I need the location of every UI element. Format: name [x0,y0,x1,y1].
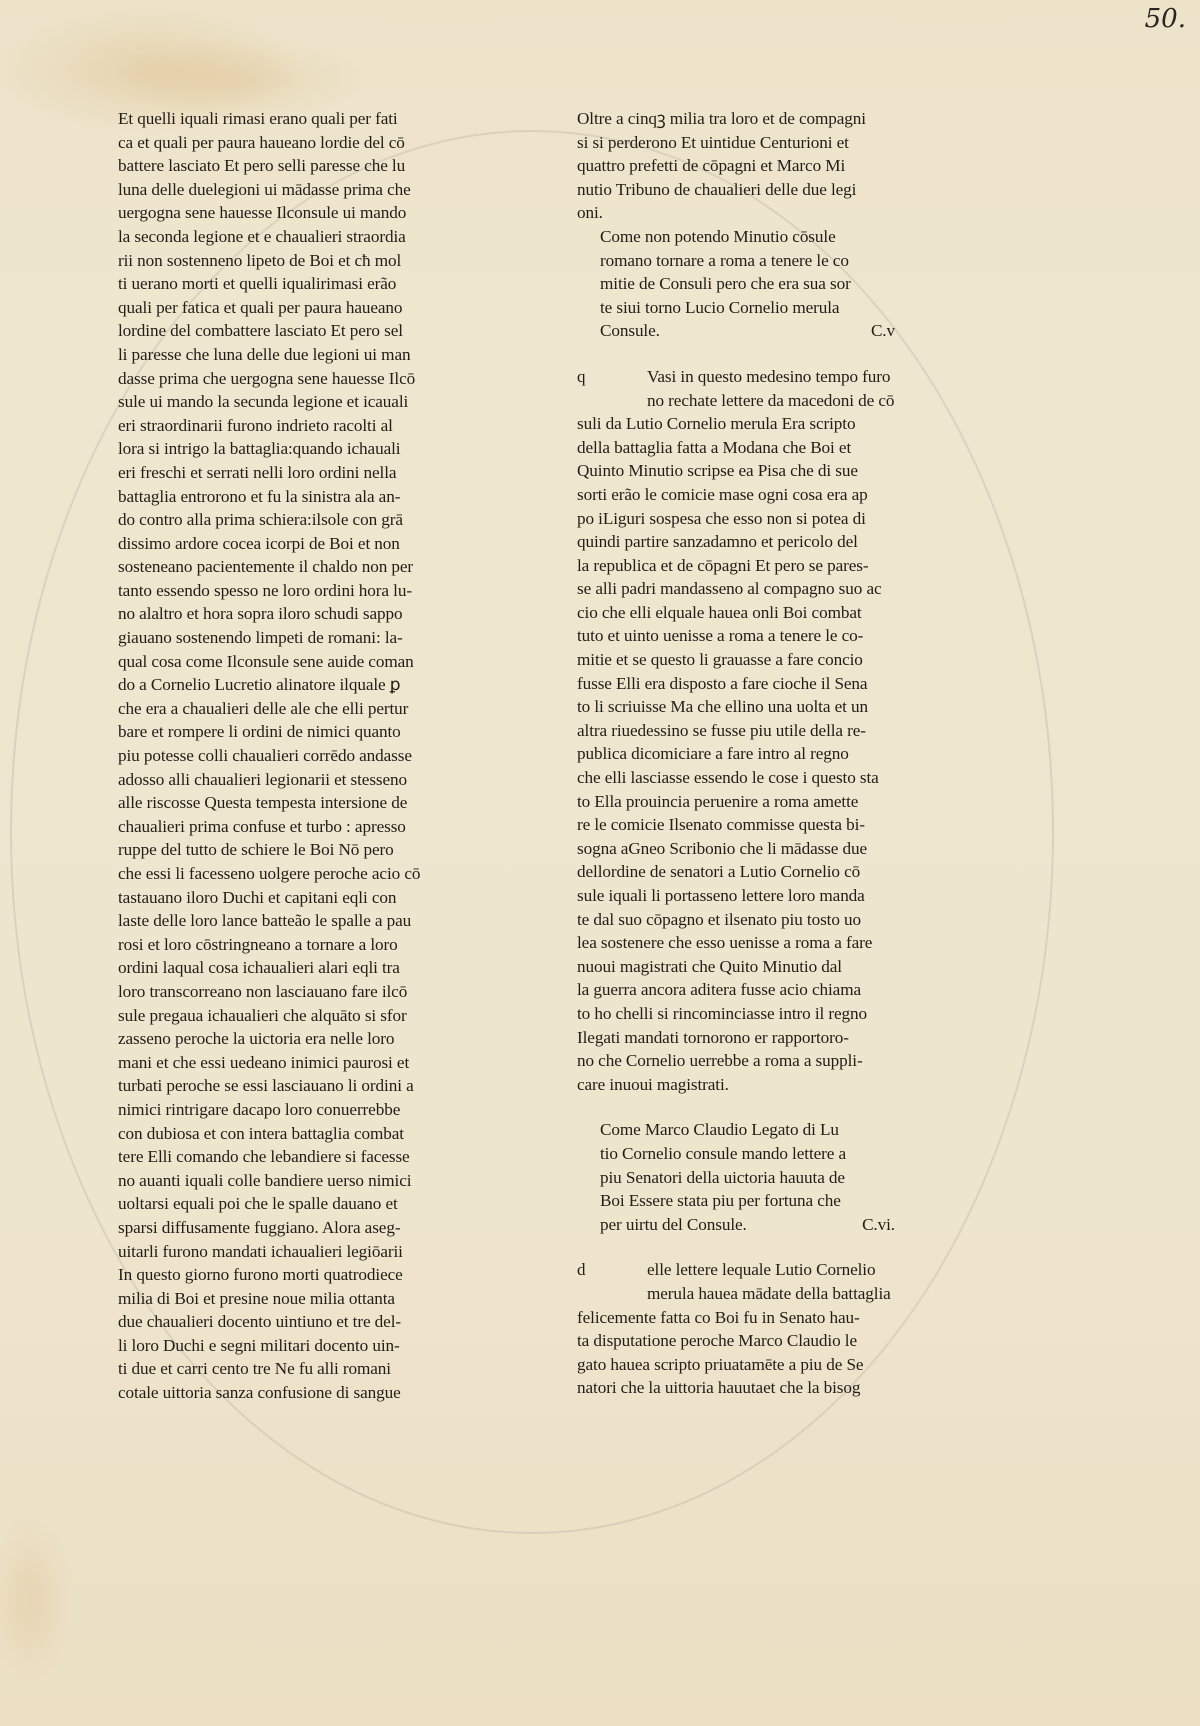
text-line: lordine del combattere lasciato Et pero … [118,319,470,343]
text-line: cio che elli elquale hauea onli Boi comb… [577,601,929,625]
text-line: merula hauea mādate della battaglia [577,1282,929,1306]
text-line: uoltarsi equali poi che le spalle dauano… [118,1192,470,1216]
text-line: to ho chelli si rincominciasse intro il … [577,1002,929,1026]
text-line: Come Marco Claudio Legato di Lu [577,1118,929,1142]
text-line: battere lasciato Et pero selli paresse c… [118,154,470,178]
text-line: dissimo ardore cocea icorpi de Boi et no… [118,532,470,556]
text-line: lora si intrigo la battaglia:quando icha… [118,437,470,461]
spacer [577,1096,929,1118]
text-line: si si perderono Et uintidue Centurioni e… [577,131,929,155]
chapter-6-heading-last-line: per uirtu del Consule. C.vi. [577,1213,929,1237]
text-line: publica dicomiciare a fare intro al regn… [577,742,929,766]
text-line: ordini laqual cosa ichaualieri alari eql… [118,956,470,980]
spacer [577,343,929,365]
chapter-6-heading: Come Marco Claudio Legato di Lutio Corne… [577,1118,929,1236]
text-line: quindi partire sanzadamno et pericolo de… [577,530,929,554]
text-line: nimici rintrigare dacapo loro conuerrebb… [118,1098,470,1122]
chapter-5-body: q Vasi in questo medesino tempo furono r… [577,365,929,1096]
chapter-5-heading: Come non potendo Minutio cōsuleromano to… [577,225,929,343]
text-line: tere Elli comando che lebandiere si face… [118,1145,470,1169]
chapter-5-number: C.v [871,319,895,343]
text-line: oni. [577,201,929,225]
chapter-5-heading-last-line: Consule. C.v [577,319,929,343]
text-line: tastauano iloro Duchi et capitani eqli c… [118,886,470,910]
text-line: li paresse che luna delle due legioni ui… [118,343,470,367]
text-line: uitarli furono mandati ichaualieri legiō… [118,1240,470,1264]
text-line: tio Cornelio consule mando lettere a [577,1142,929,1166]
text-line: piu potesse colli chaualieri corrēdo and… [118,744,470,768]
text-line: adosso alli chaualieri legionarii et ste… [118,768,470,792]
text-line: della battaglia fatta a Modana che Boi e… [577,436,929,460]
folio-number: 50. [1145,4,1186,34]
text-line: mitie et se questo li grauasse a fare co… [577,648,929,672]
text-line: suli da Lutio Cornelio merula Era script… [577,412,929,436]
text-line: ca et quali per paura haueano lordie del… [118,131,470,155]
text-line: fusse Elli era disposto a fare cioche il… [577,672,929,696]
text-line: to li scriuisse Ma che ellino una uolta … [577,695,929,719]
text-line: giauano sostenendo limpeti de romani: la… [118,626,470,650]
text-line: che elli lasciasse essendo le cose i que… [577,766,929,790]
text-line: felicemente fatta co Boi fu in Senato ha… [577,1306,929,1330]
text-line: loro transcorreano non lasciauano fare i… [118,980,470,1004]
text-line: ti uerano morti et quelli iqualirimasi e… [118,272,470,296]
text-line: lea sostenere che esso uenisse a roma a … [577,931,929,955]
text-line: re le comicie Ilsenato commisse questa b… [577,813,929,837]
text-line: no alaltro et hora sopra iloro schudi sa… [118,602,470,626]
text-line: Et quelli iquali rimasi erano quali per … [118,107,470,131]
text-line: Vasi in questo medesino tempo furo [577,365,929,389]
text-line: to Ella prouincia peruenire a roma amett… [577,790,929,814]
text-line: eri freschi et serrati nelli loro ordini… [118,461,470,485]
text-line: la guerra ancora aditera fusse acio chia… [577,978,929,1002]
text-line: care inuoui magistrati. [577,1073,929,1097]
text-line: sule pregaua ichaualieri che alquāto si … [118,1004,470,1028]
text-line: Quinto Minutio scripse ea Pisa che di su… [577,459,929,483]
text-line: laste delle loro lance batteão le spalle… [118,909,470,933]
text-line: che essi li facesseno uolgere peroche ac… [118,862,470,886]
right-text-column: Oltre a cinqꝫ milia tra loro et de compa… [577,107,929,1400]
text-line: quattro prefetti de cōpagni et Marco Mi [577,154,929,178]
text-line: nuoui magistrati che Quito Minutio dal [577,955,929,979]
text-line: Come non potendo Minutio cōsule [577,225,929,249]
text-line: mitie de Consuli pero che era sua sor [577,272,929,296]
text-line: chaualieri prima confuse et turbo : apre… [118,815,470,839]
text-line: quali per fatica et quali per paura haue… [118,296,470,320]
text-line: battaglia entrorono et fu la sinistra al… [118,485,470,509]
text-line: no rechate lettere da macedoni de cō [577,389,929,413]
text-line: sule iquali li portasseno lettere loro m… [577,884,929,908]
left-text-column: Et quelli iquali rimasi erano quali per … [118,107,470,1405]
text-line: la seconda legione et e chaualieri strao… [118,225,470,249]
text-line: sparsi diffusamente fuggiano. Alora aseg… [118,1216,470,1240]
text-line: li loro Duchi e segni militari docento u… [118,1334,470,1358]
chapter-6-number: C.vi. [862,1213,895,1237]
text-line: tuto et uinto uenisse a roma a tenere le… [577,624,929,648]
text-line: sosteneano pacientemente il chaldo non p… [118,555,470,579]
text-line: tanto essendo spesso ne loro ordini hora… [118,579,470,603]
text-line: bare et rompere li ordini de nimici quan… [118,720,470,744]
text-line: luna delle duelegioni ui mādasse prima c… [118,178,470,202]
chapter-6-body: d elle lettere lequale Lutio Corneliomer… [577,1258,929,1400]
text-line: te siui torno Lucio Cornelio merula [577,296,929,320]
text-line: sorti erão le comicie mase ogni cosa era… [577,483,929,507]
text-line: do a Cornelio Lucretio alinatore ilquale… [118,673,470,697]
text-line: mani et che essi uedeano inimici paurosi… [118,1051,470,1075]
text-line: no che Cornelio uerrebbe a roma a suppli… [577,1049,929,1073]
text-line: elle lettere lequale Lutio Cornelio [577,1258,929,1282]
text-line: Oltre a cinqꝫ milia tra loro et de compa… [577,107,929,131]
text-line: eri straordinarii furono indrieto racolt… [118,414,470,438]
heading-line: Consule. [600,319,660,343]
guide-letter-q: q [577,365,585,389]
text-line: alle riscosse Questa tempesta intersione… [118,791,470,815]
text-line: ta disputatione peroche Marco Claudio le [577,1329,929,1353]
text-line: do contro alla prima schiera:ilsole con … [118,508,470,532]
guide-letter-d: d [577,1258,585,1282]
text-line: sule ui mando la secunda legione et icau… [118,390,470,414]
text-line: dasse prima che uergogna sene hauesse Il… [118,367,470,391]
text-line: In questo giorno furono morti quatrodiec… [118,1263,470,1287]
text-line: rii non sostenneno lipeto de Boi et cħ m… [118,249,470,273]
text-line: rosi et loro cōstringneano a tornare a l… [118,933,470,957]
text-line: che era a chaualieri delle ale che elli … [118,697,470,721]
text-line: zasseno peroche la uictoria era nelle lo… [118,1027,470,1051]
text-line: uergogna sene hauesse Ilconsule ui mando [118,201,470,225]
text-line: Ilegati mandati tornorono er rapportoro- [577,1026,929,1050]
text-line: Boi Essere stata piu per fortuna che [577,1189,929,1213]
opening-paragraph: Oltre a cinqꝫ milia tra loro et de compa… [577,107,929,225]
text-line: con dubiosa et con intera battaglia comb… [118,1122,470,1146]
text-line: ruppe del tutto de schiere le Boi Nō per… [118,838,470,862]
text-line: dellordine de senatori a Lutio Cornelio … [577,860,929,884]
text-line: se alli padri mandasseno al compagno suo… [577,577,929,601]
text-line: romano tornare a roma a tenere le co [577,249,929,273]
text-line: te dal suo cōpagno et ilsenato piu tosto… [577,908,929,932]
text-line: cotale uittoria sanza confusione di sang… [118,1381,470,1405]
text-line: piu Senatori della uictoria hauuta de [577,1166,929,1190]
text-line: altra riuedessino se fusse piu utile del… [577,719,929,743]
text-line: nutio Tribuno de chaualieri delle due le… [577,178,929,202]
text-line: natori che la uittoria hauutaet che la b… [577,1376,929,1400]
text-line: la republica et de cōpagni Et pero se pa… [577,554,929,578]
text-line: no auanti iquali colle bandiere uerso ni… [118,1169,470,1193]
manuscript-page: 50. Et quelli iquali rimasi erano quali … [0,0,1200,1726]
text-line: gato hauea scripto priuatamēte a piu de … [577,1353,929,1377]
text-line: qual cosa come Ilconsule sene auide coma… [118,650,470,674]
text-line: due chaualieri docento uintiuno et tre d… [118,1310,470,1334]
text-line: turbati peroche se essi lasciauano li or… [118,1074,470,1098]
spacer [577,1236,929,1258]
text-line: sogna aGneo Scribonio che li mādasse due [577,837,929,861]
text-line: milia di Boi et presine noue milia ottan… [118,1287,470,1311]
text-line: ti due et carri cento tre Ne fu alli rom… [118,1357,470,1381]
text-line: po iLiguri sospesa che esso non si potea… [577,507,929,531]
heading-line: per uirtu del Consule. [600,1213,747,1237]
